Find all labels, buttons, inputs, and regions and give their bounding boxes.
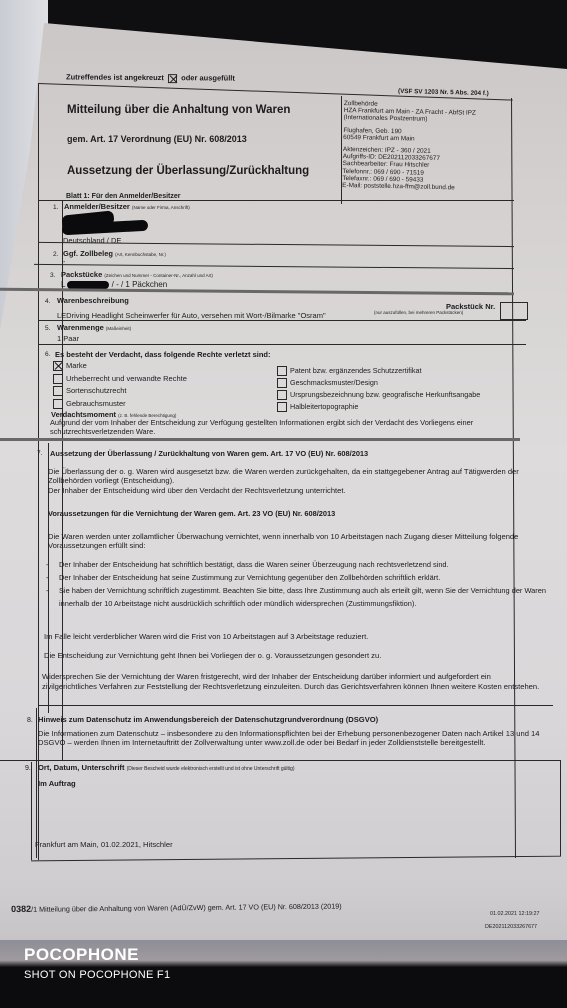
- field-7-para-5: Die Entscheidung zur Vernichtung geht Ih…: [44, 651, 534, 660]
- field-8-number-line: [36, 708, 37, 858]
- row-sep-9: [0, 760, 560, 761]
- checkbox-icon[interactable]: [53, 386, 63, 396]
- field-9-label: Ort, Datum, Unterschrift (Dieser Beschei…: [38, 763, 294, 773]
- checked-checkbox-icon[interactable]: [53, 361, 63, 371]
- row-sep-6: [38, 344, 526, 345]
- field-2-number: 2.: [53, 250, 58, 260]
- row-sep-7-shadow: [0, 438, 520, 441]
- legend-checkbox-icon: [168, 74, 177, 83]
- condition-text: Der Inhaber der Entscheidung hat seine Z…: [59, 571, 440, 584]
- field-5-value: 1 Paar: [57, 334, 79, 344]
- data-protection-text: Die Informationen zum Datenschutz – insb…: [38, 729, 554, 748]
- field-4-label: Warenbeschreibung: [57, 296, 129, 306]
- camera-watermark-brand: POCOPHONE: [24, 945, 139, 965]
- field-3-number: 3.: [50, 271, 55, 281]
- right-option[interactable]: Urheberrecht und verwandte Rechte: [53, 373, 187, 386]
- field-6-number: 6.: [45, 350, 50, 360]
- frame-right-lower: [560, 760, 561, 856]
- field-7-para-2: Der Inhaber der Entscheidung wird über d…: [48, 486, 528, 495]
- field-9-number-line: [31, 762, 32, 860]
- checkbox-icon[interactable]: [277, 366, 287, 376]
- right-option[interactable]: Sortenschutzrecht: [53, 385, 187, 398]
- right-option[interactable]: Ursprungsbezeichnung bzw. geografische H…: [277, 389, 480, 401]
- destruction-conditions-list: -Der Inhaber der Entscheidung hat schrif…: [46, 558, 546, 610]
- footer-id: DE202112033267677: [485, 922, 537, 932]
- checkbox-icon[interactable]: [277, 390, 287, 400]
- field-3-label: Packstücke (Zeichen und Nummer - Contain…: [61, 270, 213, 280]
- field-5-number: 5.: [45, 324, 50, 334]
- condition-item: -Der Inhaber der Entscheidung hat schrif…: [46, 558, 546, 571]
- authority-email: E-Mail: poststelle.hza-ffm@zoll.bund.de: [342, 182, 474, 192]
- field-2-label: Ggf. Zollbeleg (Art, Kennbuchstabe, Nr.): [63, 249, 166, 259]
- authority-block: Zollbehörde HZA Frankfurt am Main - ZA F…: [342, 100, 476, 192]
- package-number-field[interactable]: [500, 302, 528, 320]
- bullet-dash: -: [46, 584, 59, 610]
- row-sep-8: [38, 705, 553, 706]
- frame-bottom: [31, 856, 561, 862]
- row-sep-3: [34, 264, 514, 269]
- row-sep-4-shadow: [0, 288, 514, 295]
- package-number-hint: (nur auszufüllen, bei mehreren Packstück…: [374, 310, 463, 316]
- right-option-label: Gebrauchsmuster: [66, 399, 126, 408]
- field-7-para-1: Die Überlassung der o. g. Waren wird aus…: [48, 467, 528, 485]
- condition-item: -Der Inhaber der Entscheidung hat seine …: [46, 571, 546, 584]
- bullet-dash: -: [46, 558, 59, 571]
- field-8-number: 8.: [27, 716, 33, 726]
- suspicion-text: Aufgrund der vom Inhaber der Entscheidun…: [50, 419, 526, 436]
- destruction-subheading: Voraussetzungen für die Vernichtung der …: [48, 509, 335, 519]
- condition-text: Sie haben der Vernichtung schriftlich zu…: [59, 584, 546, 610]
- checkbox-icon[interactable]: [277, 402, 287, 412]
- condition-text: Der Inhaber der Entscheidung hat schrift…: [59, 558, 449, 571]
- right-option[interactable]: Geschmacksmuster/Design: [277, 377, 480, 389]
- form-heading: Aussetzung der Überlassung/Zurückhaltung: [67, 164, 309, 178]
- field-6-label: Es besteht der Verdacht, dass folgende R…: [55, 350, 270, 360]
- camera-watermark-caption: SHOT ON POCOPHONE F1: [24, 969, 170, 981]
- customs-notice-document: Zutreffendes ist angekreuzt oder ausgefü…: [0, 0, 567, 1008]
- field-7-para-6: Widersprechen Sie der Vernichtung der Wa…: [42, 672, 542, 691]
- field-4-number: 4.: [45, 297, 50, 307]
- condition-item: -Sie haben der Vernichtung schriftlich z…: [46, 584, 546, 610]
- right-option-label: Patent bzw. ergänzendes Schutzzertifikat: [290, 366, 421, 375]
- field-1-number: 1.: [53, 203, 58, 213]
- rights-left-column: MarkeUrheberrecht und verwandte RechteSo…: [53, 360, 187, 410]
- field-5-label: Warenmenge (Maßeinheit): [57, 323, 131, 333]
- field-7-para-3: Die Waren werden unter zollamtlicher Übe…: [48, 532, 538, 550]
- right-option-label: Geschmacksmuster/Design: [290, 378, 378, 387]
- field-7-para-4: Im Falle leicht verderblicher Waren wird…: [44, 632, 534, 641]
- right-option-label: Halbleitertopographie: [290, 402, 358, 411]
- checkbox-icon[interactable]: [277, 378, 287, 388]
- on-behalf-label: Im Auftrag: [38, 779, 76, 789]
- field-2-value: -: [63, 258, 65, 268]
- right-option-label: Sortenschutzrecht: [66, 386, 126, 395]
- footer-timestamp: 01.02.2021 12:19:27: [490, 909, 539, 919]
- field-1-label: Anmelder/Besitzer (Name oder Firma, Ansc…: [64, 202, 190, 212]
- right-option-label: Ursprungsbezeichnung bzw. geografische H…: [290, 390, 480, 399]
- right-option[interactable]: Patent bzw. ergänzendes Schutzzertifikat: [277, 365, 480, 377]
- field-1-value: Deutschland / DE: [63, 236, 121, 246]
- right-option[interactable]: Gebrauchsmuster: [53, 398, 187, 411]
- field-7-number: 7.: [37, 449, 42, 459]
- right-option[interactable]: Halbleitertopographie: [277, 401, 480, 413]
- form-title: Mitteilung über die Anhaltung von Waren: [67, 103, 290, 117]
- row-sep-5: [38, 320, 526, 321]
- field-9-number: 9.: [25, 764, 31, 774]
- right-option[interactable]: Marke: [53, 360, 187, 373]
- rights-right-column: Patent bzw. ergänzendes Schutzzertifikat…: [277, 365, 480, 413]
- form-legend: Zutreffendes ist angekreuzt oder ausgefü…: [66, 72, 235, 83]
- checkbox-icon[interactable]: [53, 399, 63, 409]
- signature-line: Frankfurt am Main, 01.02.2021, Hitschler: [35, 840, 173, 850]
- right-option-label: Urheberrecht und verwandte Rechte: [66, 374, 187, 383]
- form-footer: 0382/1 Mitteilung über die Anhaltung von…: [11, 901, 342, 915]
- field-8-label: Hinweis zum Datenschutz im Anwendungsber…: [38, 715, 378, 725]
- field-7-label: Aussetzung der Überlassung / Zurückhaltu…: [50, 449, 368, 459]
- right-option-label: Marke: [66, 361, 87, 370]
- checkbox-icon[interactable]: [53, 374, 63, 384]
- bullet-dash: -: [46, 571, 59, 584]
- form-subtitle: gem. Art. 17 Verordnung (EU) Nr. 608/201…: [67, 134, 247, 145]
- row-sep-1: [38, 200, 514, 201]
